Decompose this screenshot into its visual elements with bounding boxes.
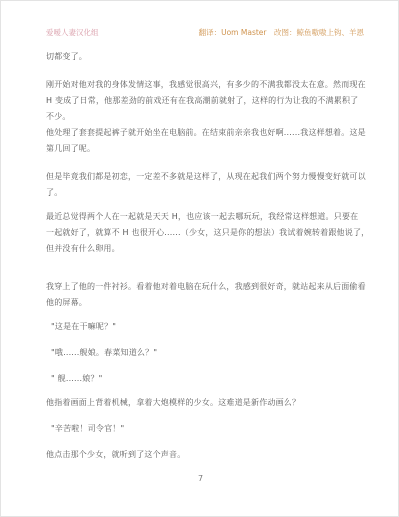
- text-line: 了。: [46, 185, 368, 201]
- text-line: 切都变了。: [46, 49, 368, 65]
- dialogue-line: " 舰......娘？": [46, 371, 368, 387]
- text-line: 但并没有什么卵用。: [46, 241, 368, 257]
- document-page: 爱嗳人妻汉化组 翻译：Uom Master 改图：鲸鱼嗷嗷上钩、羊恩 切都变了。…: [0, 0, 399, 517]
- paragraph: 他点击那个少女，就听到了这个声音。: [46, 447, 368, 463]
- text-line: 但是毕竟我们都是初恋，一定差不多就是这样了，从现在起我们两个努力慢慢变好就可以: [46, 169, 368, 185]
- paragraph: 我穿上了他的一件衬衫。看着他对着电脑在玩什么，我感到很好奇，就站起来从后面偷看 …: [46, 279, 368, 311]
- translation-credits: 翻译：Uom Master 改图：鲸鱼嗷嗷上钩、羊恩: [199, 27, 364, 38]
- dialogue-line: "这是在干嘛呢？": [46, 319, 368, 335]
- paragraph: 但是毕竟我们都是初恋，一定差不多就是这样了，从现在起我们两个努力慢慢变好就可以 …: [46, 169, 368, 201]
- text-line: 我穿上了他的一件衬衫。看着他对着电脑在玩什么，我感到很好奇，就站起来从后面偷看: [46, 279, 368, 295]
- text-line: " 舰......娘？": [46, 371, 368, 387]
- page-number: 7: [1, 473, 399, 485]
- paragraph: 他处理了套套提起裤子就开始坐在电脑前。在结束前亲亲我也好啊......我这样想着…: [46, 125, 368, 157]
- text-line: H 变成了日常，他那差劲的前戏还有在我高潮前就射了，这样的行为让我的不满累积了: [46, 93, 368, 109]
- dialogue-line: "哦......舰娘。春菜知道么？": [46, 345, 368, 361]
- text-line: 他指着画面上背着机械，拿着大炮模样的少女。这难道是新作动画么？: [46, 395, 368, 411]
- page-header: 爱嗳人妻汉化组 翻译：Uom Master 改图：鲸鱼嗷嗷上钩、羊恩: [46, 27, 364, 38]
- paragraph: 他指着画面上背着机械，拿着大炮模样的少女。这难道是新作动画么？: [46, 395, 368, 411]
- text-line: "哦......舰娘。春菜知道么？": [46, 345, 368, 361]
- paragraph: 刚开始对他对我的身体发情这事，我感觉很高兴，有多少的不满我都没太在意。然而现在 …: [46, 77, 368, 125]
- paragraph: 最近总觉得两个人在一起就是天天 H，也应该一起去哪玩玩，我经常这样想道。只要在 …: [46, 209, 368, 257]
- text-line: 第几回了呢。: [46, 141, 368, 157]
- translation-group-name: 爱嗳人妻汉化组: [46, 27, 99, 38]
- text-line: 最近总觉得两个人在一起就是天天 H，也应该一起去哪玩玩，我经常这样想道。只要在: [46, 209, 368, 225]
- text-line: 他的屏幕。: [46, 295, 368, 311]
- text-line: 一起就好了，就算不 H 也很开心......（少女，这只是你的想法）我试着婉转着…: [46, 225, 368, 241]
- text-line: "这是在干嘛呢？": [46, 319, 368, 335]
- dialogue-line: "辛苦啦！司令官！": [46, 421, 368, 437]
- paragraph: 切都变了。: [46, 49, 368, 65]
- text-line: 刚开始对他对我的身体发情这事，我感觉很高兴，有多少的不满我都没太在意。然而现在: [46, 77, 368, 93]
- text-line: "辛苦啦！司令官！": [46, 421, 368, 437]
- text-line: 他处理了套套提起裤子就开始坐在电脑前。在结束前亲亲我也好啊......我这样想着…: [46, 125, 368, 141]
- text-line: 不少。: [46, 109, 368, 125]
- text-line: 他点击那个少女，就听到了这个声音。: [46, 447, 368, 463]
